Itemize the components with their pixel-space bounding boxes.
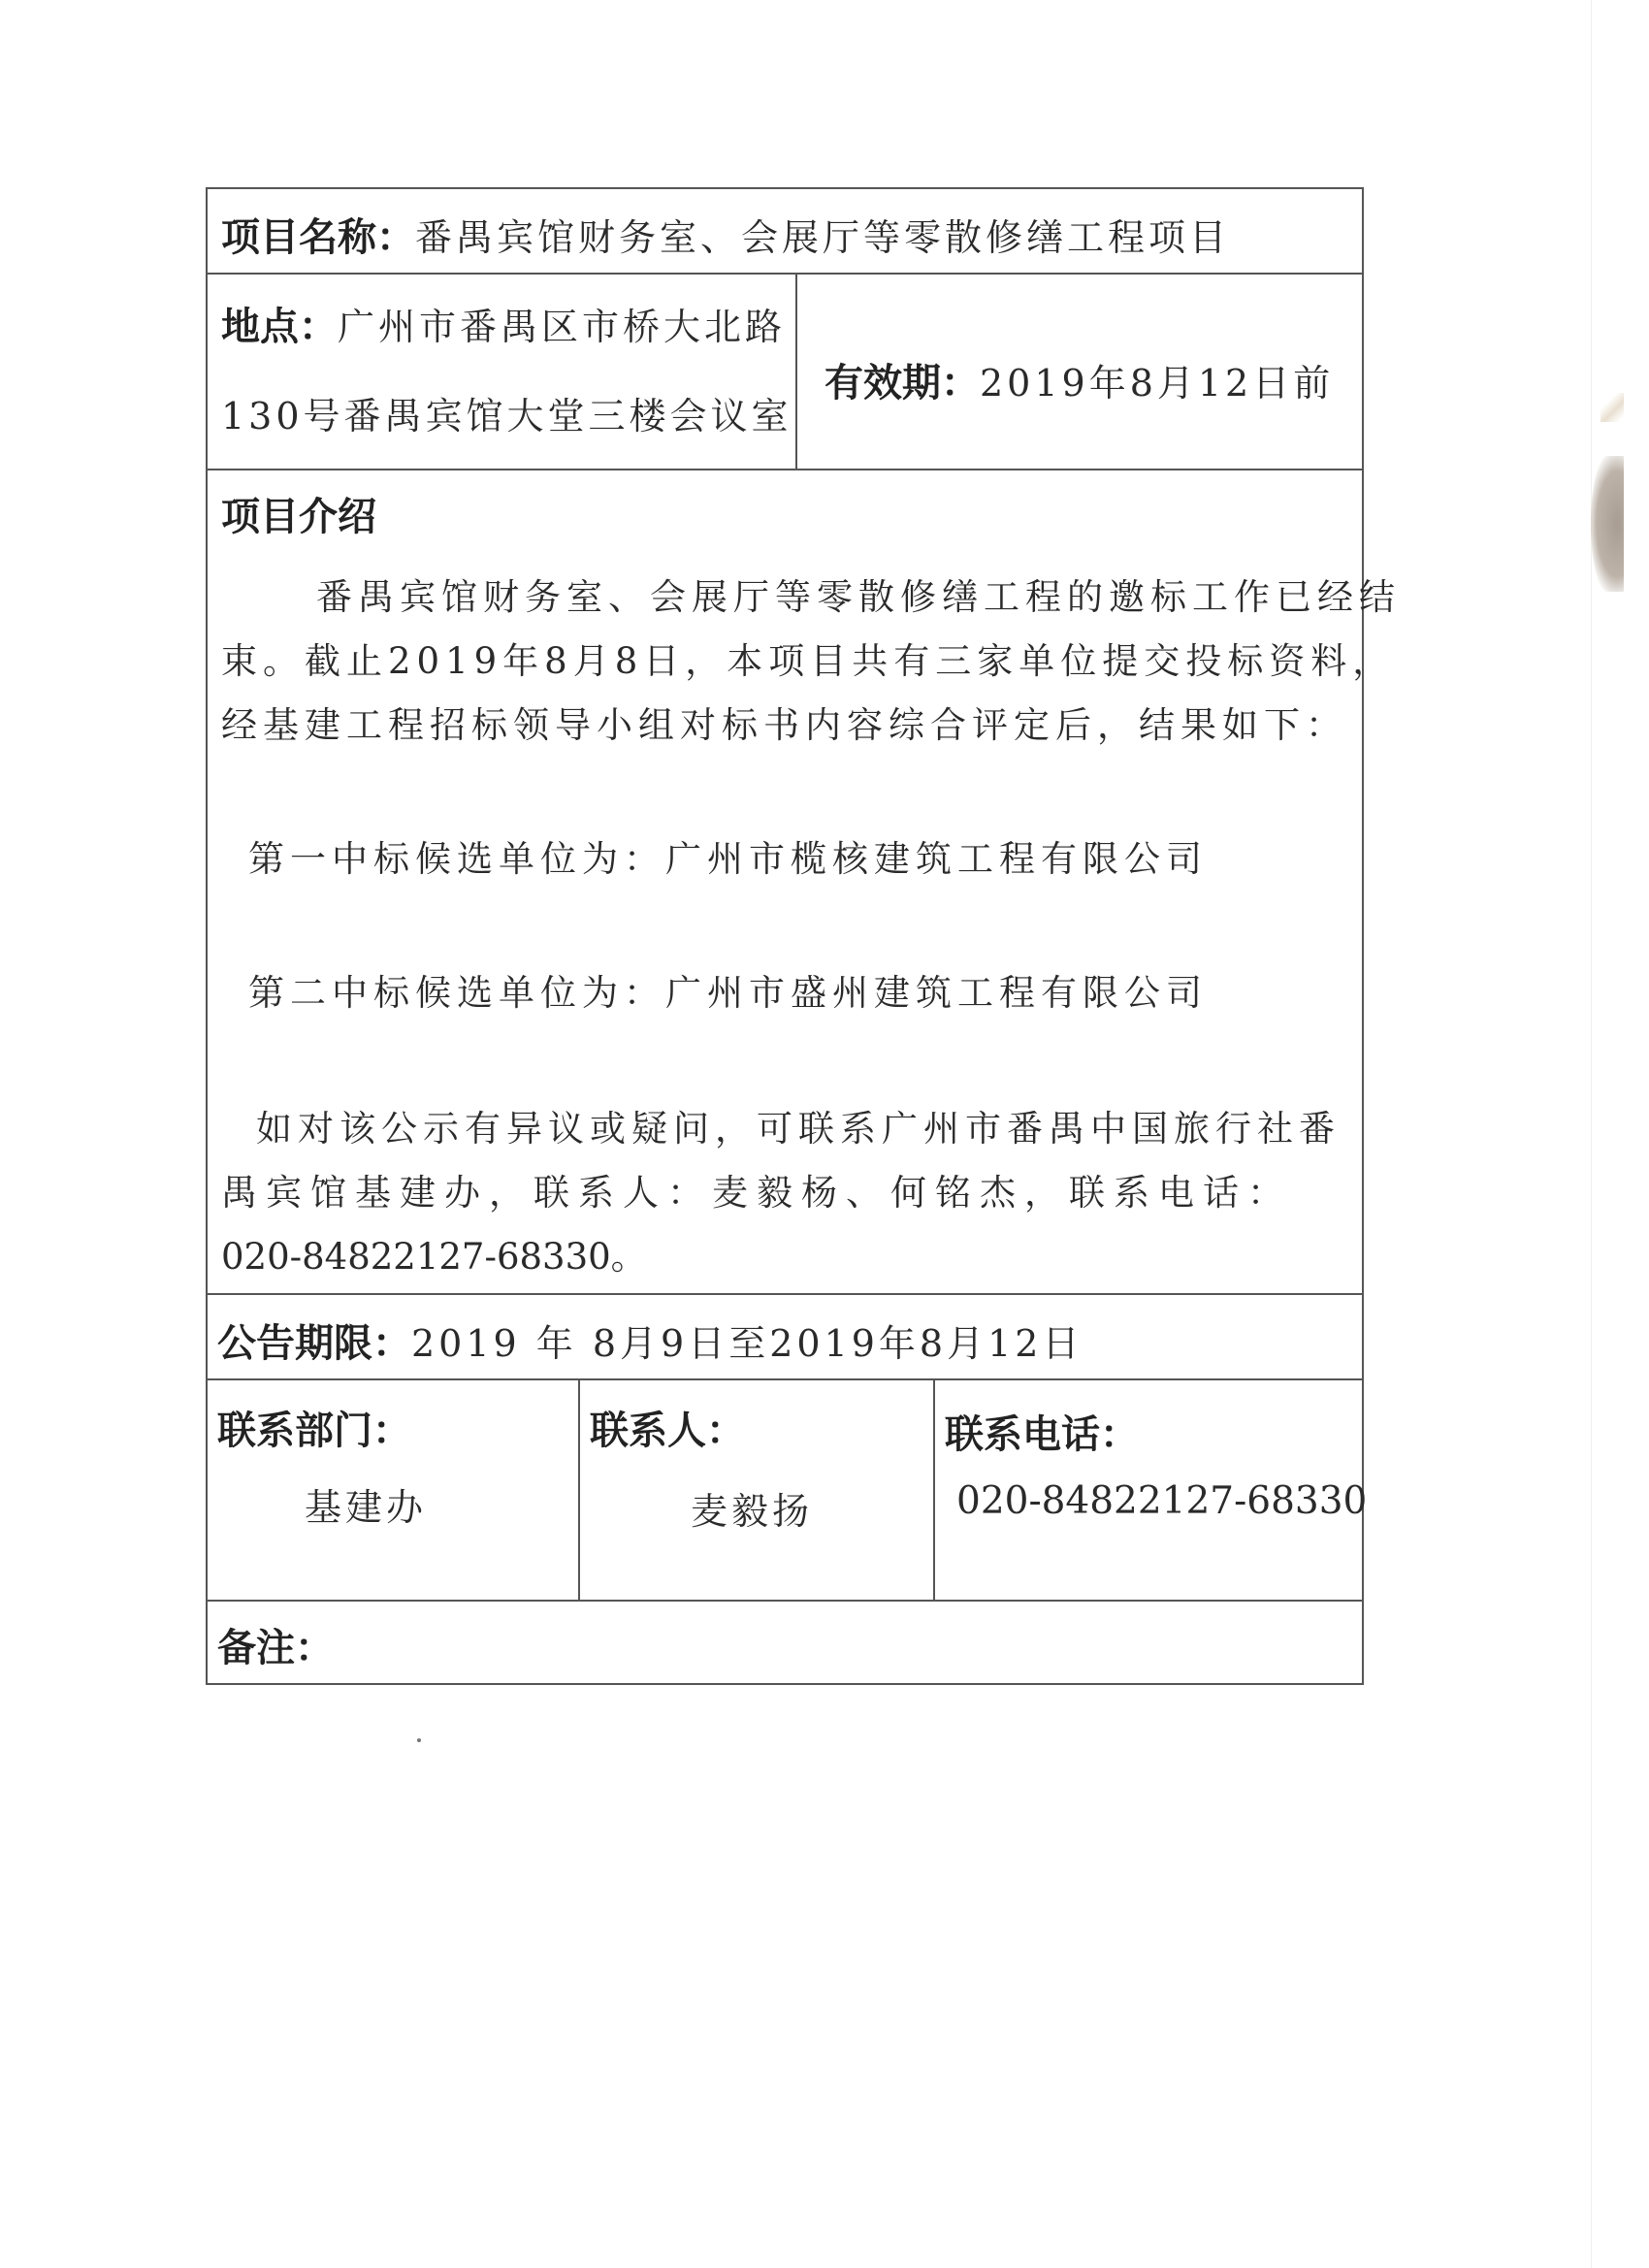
- project-name-value: 番禺宾馆财务室、会展厅等零散修缮工程项目: [415, 216, 1230, 259]
- location-line2: 130号番禺宾馆大堂三楼会议室: [221, 386, 795, 439]
- validity-value: 2019年8月12日前: [980, 362, 1334, 405]
- remarks-row: 备注：: [206, 1600, 1364, 1685]
- introduction-row: 项目介绍 番禺宾馆财务室、会展厅等零散修缮工程的邀标工作已经结 束。截止2019…: [206, 469, 1364, 1293]
- scan-stain-small: [1600, 393, 1624, 422]
- contact-person-label: 联系人：: [590, 1400, 745, 1455]
- contact-phone-cell: 联系电话： 020-84822127-68330: [935, 1380, 1362, 1600]
- project-name-row: 项目名称：番禺宾馆财务室、会展厅等零散修缮工程项目: [206, 187, 1364, 273]
- contact-department-label: 联系部门：: [217, 1400, 411, 1455]
- contact-department-cell: 联系部门： 基建办: [208, 1380, 578, 1600]
- announcement-period-row: 公告期限：2019 年 8月9日至2019年8月12日: [206, 1293, 1364, 1378]
- contact-note-line-3: 020-84822127-68330。: [221, 1227, 647, 1280]
- location-line1: 广州市番禺区市桥大北路: [338, 306, 786, 348]
- project-name-cell: 项目名称：番禺宾馆财务室、会展厅等零散修缮工程项目: [208, 189, 1362, 273]
- scan-stain: [1591, 456, 1624, 592]
- contact-note-line-2: 禺宾馆基建办，联系人：麦毅杨、何铭杰，联系电话：: [221, 1163, 1292, 1215]
- location-validity-row: 地点：广州市番禺区市桥大北路 130号番禺宾馆大堂三楼会议室 有效期：2019年…: [206, 273, 1364, 469]
- intro-paragraph-line-3: 经基建工程招标领导小组对标书内容综合评定后，结果如下：: [221, 696, 1347, 748]
- contact-person-value: 麦毅扬: [691, 1481, 813, 1535]
- validity-label: 有效期：: [824, 361, 980, 405]
- intro-paragraph-line-2: 束。截止2019年8月8日，本项目共有三家单位提交投标资料，: [221, 632, 1394, 684]
- scan-speck: [417, 1738, 421, 1742]
- project-name-label: 项目名称：: [221, 215, 415, 260]
- first-candidate: 第一中标候选单位为：广州市榄核建筑工程有限公司: [248, 829, 1208, 882]
- announcement-period-label: 公告期限：: [217, 1321, 411, 1366]
- validity-cell: 有效期：2019年8月12日前: [811, 275, 1362, 469]
- column-divider: [795, 275, 797, 469]
- contact-person-cell: 联系人： 麦毅扬: [580, 1380, 933, 1600]
- contact-department-value: 基建办: [305, 1477, 427, 1531]
- contact-phone-value: 020-84822127-68330: [956, 1479, 1367, 1523]
- remarks-cell: 备注：: [208, 1602, 1362, 1683]
- announcement-period-value: 2019 年 8月9日至2019年8月12日: [411, 1322, 1083, 1365]
- remarks-label: 备注：: [217, 1626, 334, 1670]
- scan-page-edge: [1591, 0, 1592, 2268]
- location-label: 地点：: [221, 305, 338, 349]
- contact-row: 联系部门： 基建办 联系人： 麦毅扬 联系电话： 020-84822127-68…: [206, 1378, 1364, 1600]
- contact-note-line-1: 如对该公示有异议或疑问，可联系广州市番禺中国旅行社番: [256, 1099, 1341, 1151]
- contact-phone-label: 联系电话：: [945, 1404, 1139, 1459]
- second-candidate: 第二中标候选单位为：广州市盛州建筑工程有限公司: [248, 963, 1208, 1016]
- location-cell: 地点：广州市番禺区市桥大北路 130号番禺宾馆大堂三楼会议室: [208, 275, 795, 469]
- intro-paragraph-line-1: 番禺宾馆财务室、会展厅等零散修缮工程的邀标工作已经结: [316, 567, 1401, 620]
- announcement-period-cell: 公告期限：2019 年 8月9日至2019年8月12日: [208, 1295, 1362, 1378]
- introduction-heading: 项目介绍: [221, 486, 376, 541]
